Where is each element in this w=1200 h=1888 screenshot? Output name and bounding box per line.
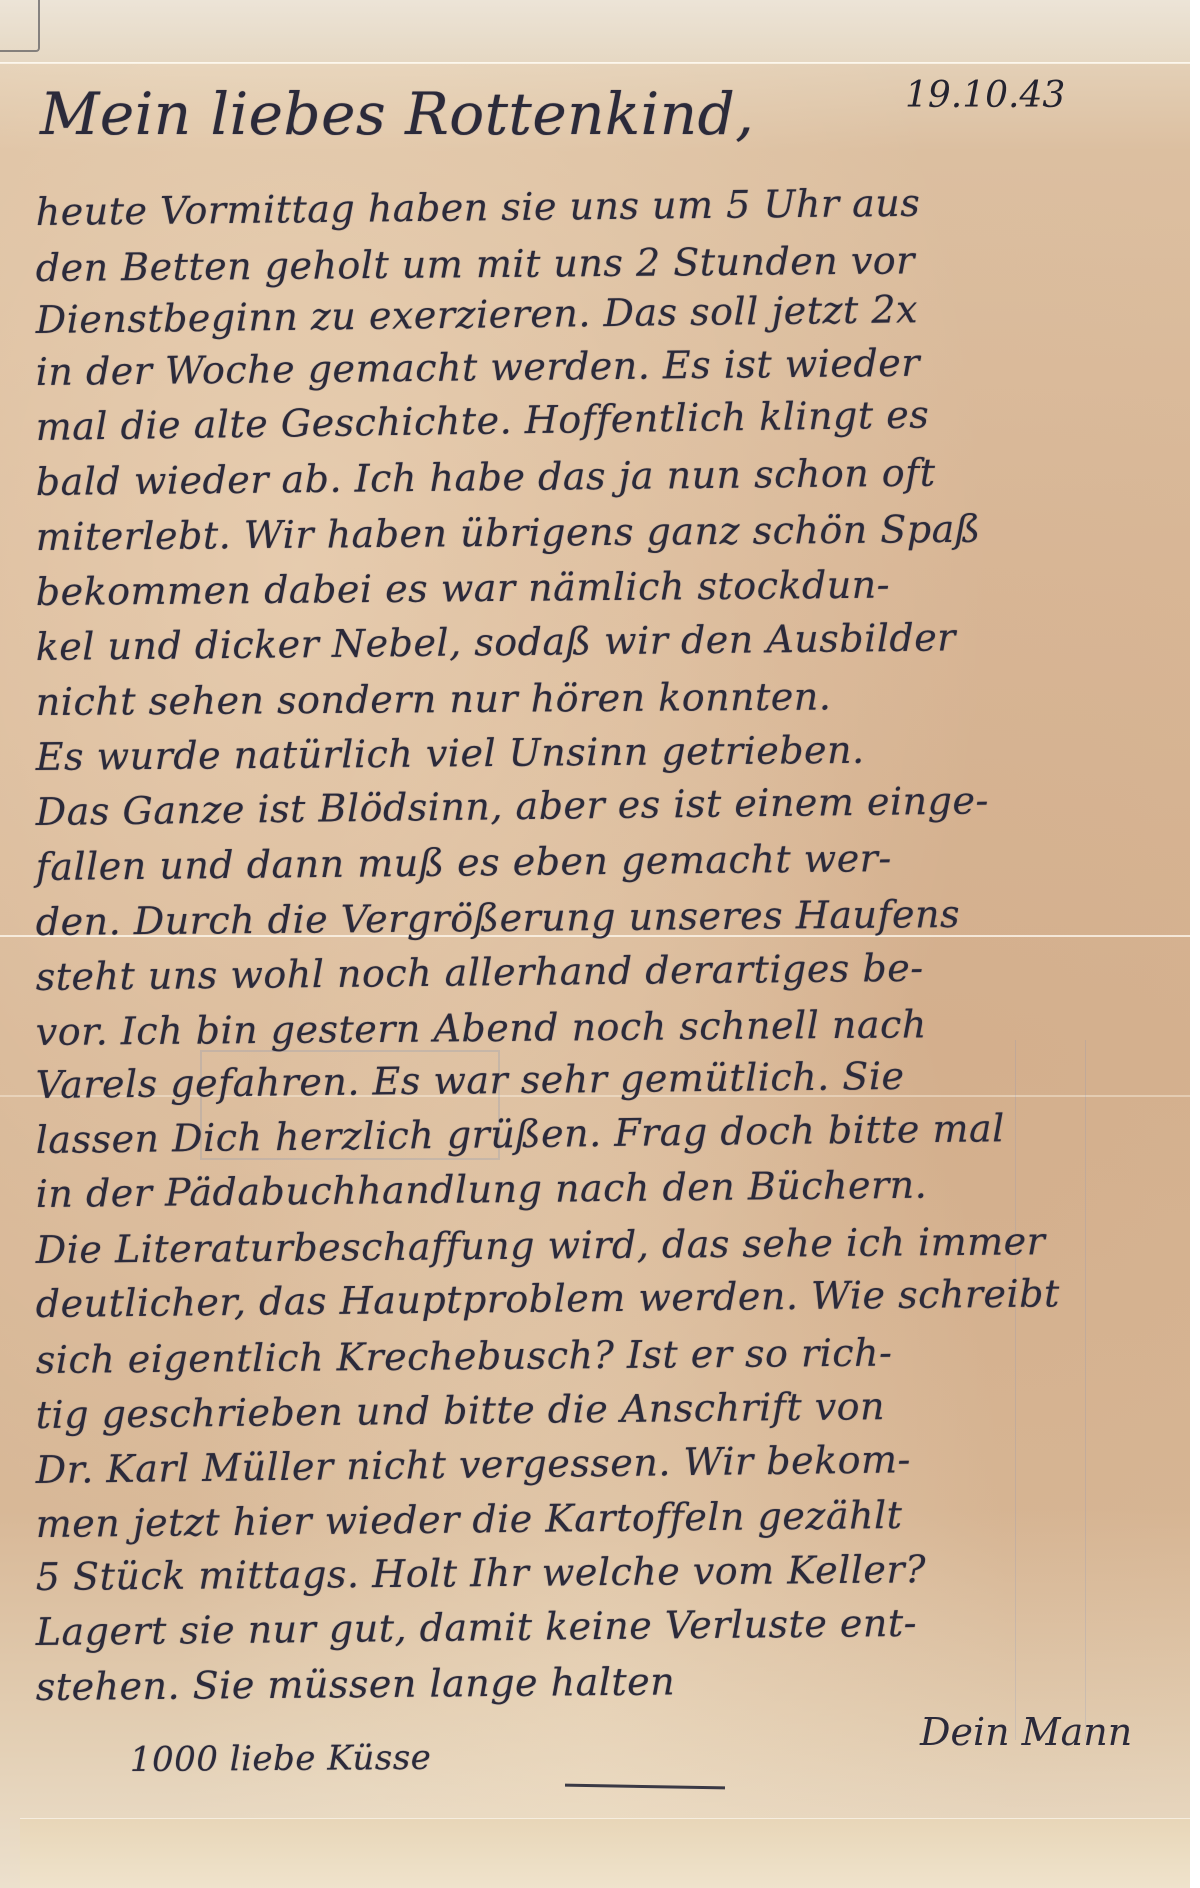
- faint-ruled-line: [1085, 1040, 1086, 1740]
- letter-line: deutlicher, das Hauptproblem werden. Wie…: [36, 1271, 1060, 1326]
- letter-line: miterlebt. Wir haben übrigens ganz schön…: [36, 507, 981, 559]
- letter-line: den Betten geholt um mit uns 2 Stunden v…: [36, 238, 915, 290]
- letter-line: in der Pädabuchhandlung nach den Büchern…: [36, 1163, 928, 1216]
- paper-corner-mark: [0, 0, 40, 52]
- salutation: Mein liebes Rottenkind,: [40, 80, 754, 148]
- letter-line: bekommen dabei es war nämlich stockdun-: [36, 563, 891, 614]
- letter-line: steht uns wohl noch allerhand derartiges…: [36, 946, 924, 999]
- letter-line: Das Ganze ist Blödsinn, aber es ist eine…: [35, 778, 989, 834]
- letter-line: sich eigentlich Krechebusch? Ist er so r…: [36, 1331, 893, 1382]
- letter-line: den. Durch die Vergrößerung unseres Hauf…: [36, 892, 961, 944]
- letter-line: stehen. Sie müssen lange halten: [36, 1659, 676, 1709]
- closing-line: 1000 liebe Küsse: [130, 1738, 432, 1780]
- paper-bottom-margin: [20, 1818, 1190, 1888]
- letter-line: men jetzt hier wieder die Kartoffeln gez…: [36, 1493, 903, 1546]
- paper-top-edge: [0, 0, 1190, 63]
- letter-line: Es wurde natürlich viel Unsinn getrieben…: [36, 728, 865, 779]
- letter-line: Dienstbeginn zu exerzieren. Das soll jet…: [35, 287, 918, 342]
- letter-line: tig geschrieben und bitte die Anschrift …: [36, 1384, 886, 1437]
- signature: Dein Mann: [920, 1710, 1132, 1754]
- letter-line: Lagert sie nur gut, damit keine Verluste…: [36, 1601, 918, 1654]
- letter-line: lassen Dich herzlich grüßen. Frag doch b…: [35, 1106, 1005, 1162]
- letter-line: 5 Stück mittags. Holt Ihr welche vom Kel…: [36, 1547, 927, 1599]
- letter-line: fallen und dann muß es eben gemacht wer-: [36, 836, 892, 889]
- letter-line: nicht sehen sondern nur hören konnten.: [36, 674, 832, 724]
- letter-line: Varels gefahren. Es war sehr gemütlich. …: [36, 1054, 905, 1107]
- letter-line: bald wieder ab. Ich habe das ja nun scho…: [36, 451, 936, 504]
- letter-date: 19.10.43: [905, 75, 1065, 116]
- letter-line: in der Woche gemacht werden. Es ist wied…: [36, 341, 921, 394]
- letter-line: vor. Ich bin gestern Abend noch schnell …: [36, 1002, 927, 1054]
- letter-line: mal die alte Geschichte. Hoffentlich kli…: [35, 393, 929, 449]
- letter-line: kel und dicker Nebel, sodaß wir den Ausb…: [36, 615, 957, 669]
- letter-line: heute Vormittag haben sie uns um 5 Uhr a…: [36, 181, 921, 234]
- letter-line: Dr. Karl Müller nicht vergessen. Wir bek…: [35, 1437, 911, 1492]
- fold-line-top: [0, 62, 1190, 64]
- letter-paper: 19.10.43 Mein liebes Rottenkind, heute V…: [0, 0, 1190, 1888]
- letter-line: Die Literaturbeschaffung wird, das sehe …: [36, 1219, 1046, 1272]
- underline-stroke: [565, 1784, 725, 1790]
- faint-ruled-line: [1015, 1040, 1016, 1740]
